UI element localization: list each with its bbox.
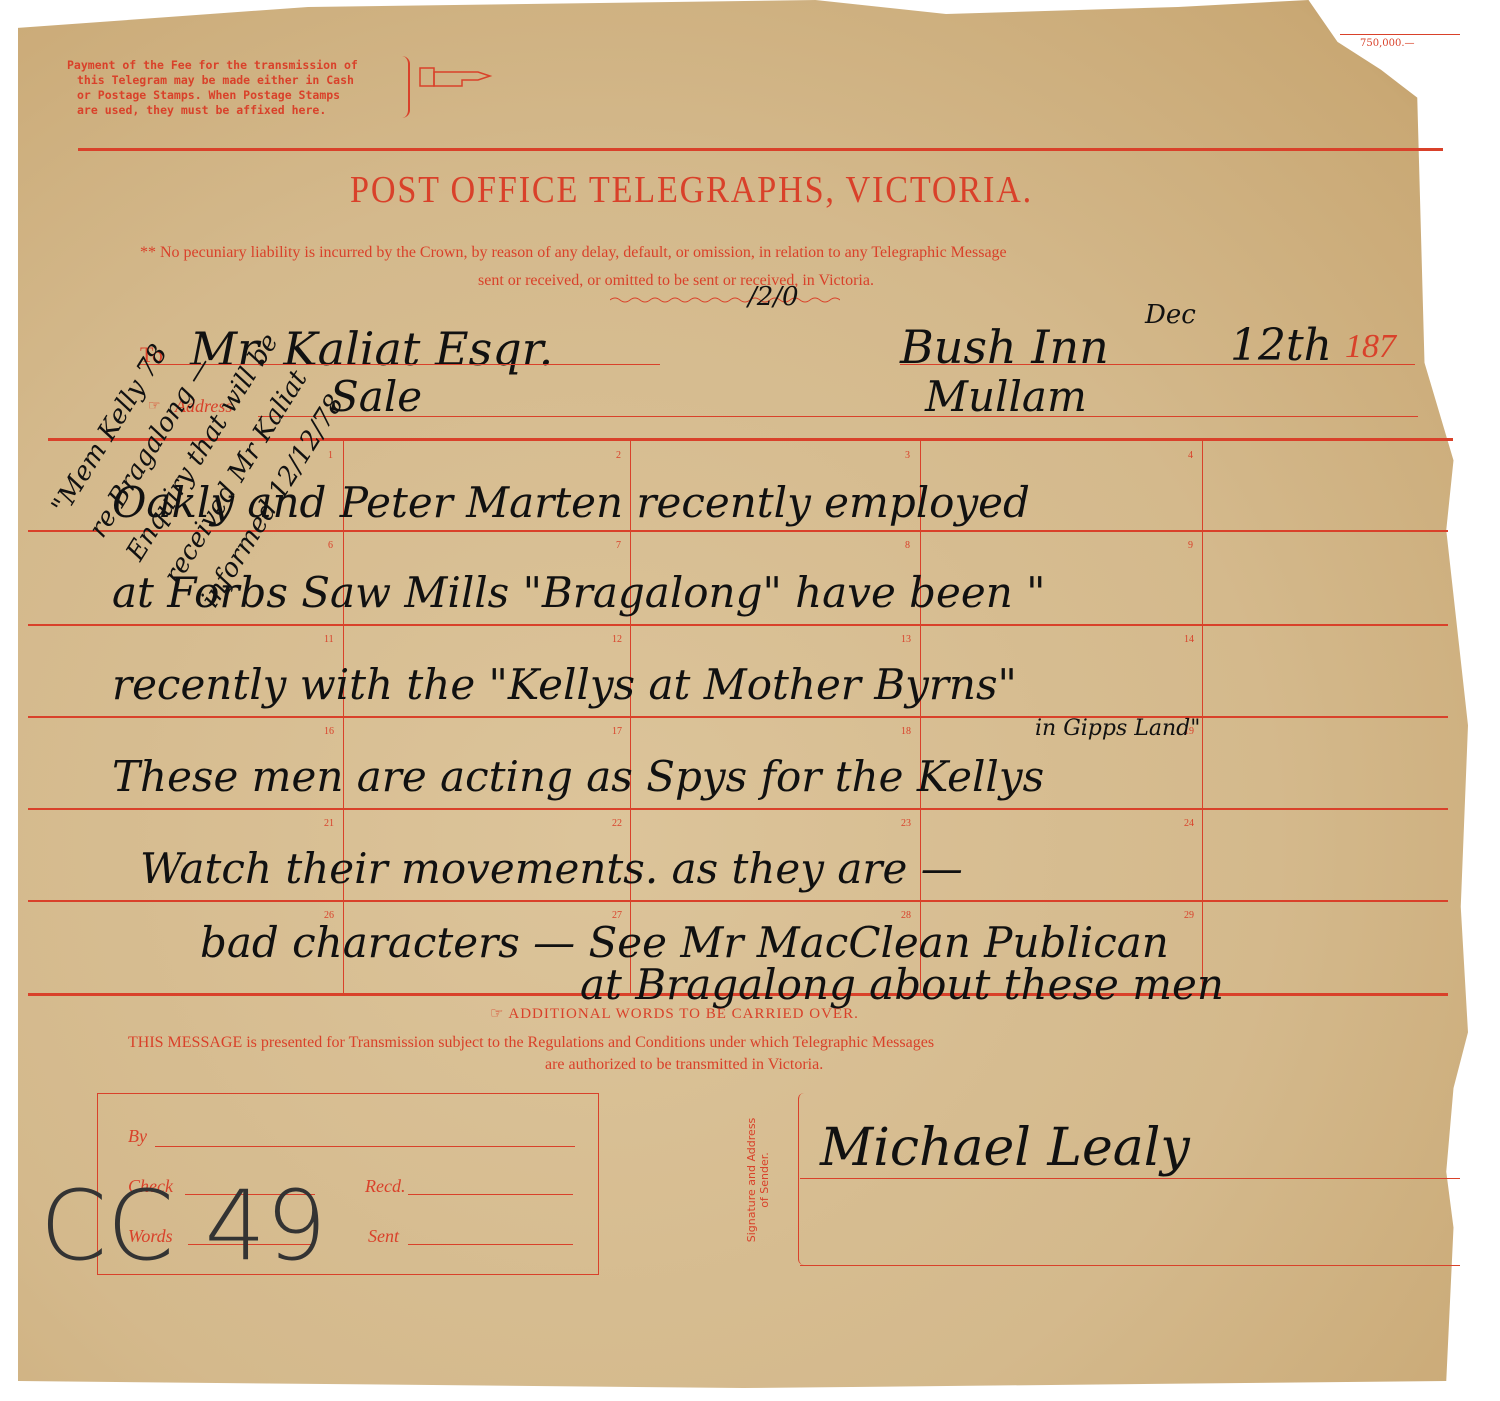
cell-number: 3 — [905, 450, 910, 461]
cell-number: 16 — [324, 726, 334, 737]
message-line: at Bragalong about these men — [580, 960, 1224, 1009]
pointing-hand-icon — [418, 62, 498, 92]
fee-notice: Payment of the Fee for the transmission … — [67, 58, 358, 118]
cell-number: 2 — [616, 450, 621, 461]
cell-number: 29 — [1184, 910, 1194, 921]
pointing-hand-icon: ☞ — [490, 1006, 508, 1022]
sent-field[interactable] — [408, 1244, 573, 1245]
brace-decoration — [400, 56, 410, 118]
divider — [1340, 34, 1460, 35]
recd-field[interactable] — [408, 1194, 573, 1195]
sender-locality: Mullam — [925, 372, 1087, 421]
signature-line — [800, 1178, 1460, 1179]
transmission-notice: are authorized to be transmitted in Vict… — [545, 1056, 823, 1074]
cell-number: 11 — [324, 634, 334, 645]
header-divider — [78, 148, 1443, 151]
cell-number: 14 — [1184, 634, 1194, 645]
date-month: Dec — [1145, 300, 1196, 330]
by-label: By — [128, 1126, 147, 1147]
cell-number: 6 — [328, 540, 333, 551]
additional-words-text: ADDITIONAL WORDS TO BE CARRIED OVER. — [508, 1006, 858, 1022]
cell-number: 9 — [1188, 540, 1193, 551]
address-line — [258, 416, 1418, 417]
recd-label: Recd. — [365, 1176, 405, 1197]
cell-number: 21 — [324, 818, 334, 829]
sender-label-line: Signature and Address — [745, 1090, 758, 1270]
date-line — [900, 364, 1415, 365]
transmission-notice: THIS MESSAGE is presented for Transmissi… — [128, 1034, 934, 1052]
row-divider — [28, 900, 1448, 902]
sender-label-line: of Sender. — [758, 1090, 771, 1270]
by-field[interactable] — [155, 1146, 575, 1147]
disclaimer-line: ** No pecuniary liability is incurred by… — [140, 244, 1007, 262]
row-divider — [28, 624, 1448, 626]
word-count-mark: CC 49 — [40, 1170, 327, 1282]
cell-number: 7 — [616, 540, 621, 551]
message-line: Watch their movements. as they are — — [140, 844, 963, 893]
cell-number: 24 — [1184, 818, 1194, 829]
cell-number: 17 — [612, 726, 622, 737]
row-divider — [28, 716, 1448, 718]
sender-place: Bush Inn — [900, 320, 1109, 374]
disclaimer-line: sent or received, or omitted to be sent … — [478, 272, 874, 290]
charge-mark: /2/0 — [748, 282, 799, 312]
fee-notice-line: or Postage Stamps. When Postage Stamps — [67, 88, 358, 103]
additional-words-note: ☞ ADDITIONAL WORDS TO BE CARRIED OVER. — [490, 1004, 859, 1023]
sender-label: Signature and Address of Sender. — [745, 1090, 771, 1270]
cell-number: 12 — [612, 634, 622, 645]
form-number: 750,000.— — [1360, 38, 1415, 49]
fee-notice-line: are used, they must be affixed here. — [67, 103, 358, 118]
cell-number: 22 — [612, 818, 622, 829]
row-divider — [28, 808, 1448, 810]
message-line: recently with the "Kellys at Mother Byrn… — [112, 660, 1017, 709]
interlinear-insert: in Gipps Land" — [1035, 716, 1200, 741]
address-line — [800, 1265, 1460, 1266]
fee-notice-line: Payment of the Fee for the transmission … — [67, 58, 358, 73]
sender-signature: Michael Lealy — [820, 1118, 1190, 1178]
page-title: POST OFFICE TELEGRAPHS, VICTORIA. — [350, 168, 1033, 212]
wavy-divider — [610, 296, 840, 304]
sent-label: Sent — [368, 1226, 399, 1247]
year-prefix: 187 — [1345, 328, 1396, 366]
message-line: These men are acting as Spys for the Kel… — [112, 752, 1044, 801]
fee-notice-line: this Telegram may be made either in Cash — [67, 73, 358, 88]
cell-number: 4 — [1188, 450, 1193, 461]
cell-number: 13 — [901, 634, 911, 645]
cell-number: 18 — [901, 726, 911, 737]
cell-number: 23 — [901, 818, 911, 829]
cell-number: 8 — [905, 540, 910, 551]
